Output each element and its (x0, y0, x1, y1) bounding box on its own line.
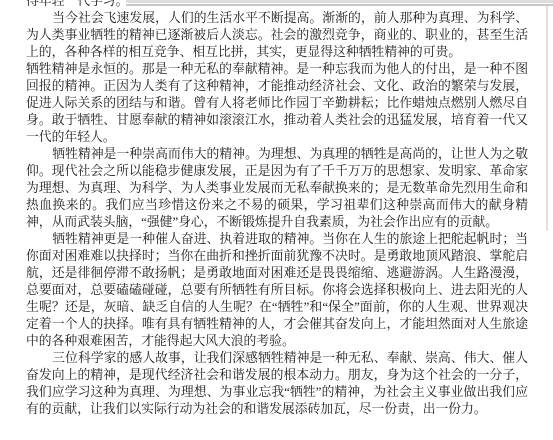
paragraph: 牺牲精神是永恒的。那是一种无私的奉献精神。是一种忘我而为他人的付出，是一种不图回… (26, 61, 528, 146)
paragraph: 牺牲精神是一种崇高而伟大的精神。为理想、为真理的牺牲是高尚的，让世人为之敬仰。现… (26, 146, 528, 231)
paragraph: 三位科学家的感人故事，让我们深感牺牲精神是一种无私、奉献、崇高、伟大、催人奋发向… (26, 350, 528, 418)
paragraph: 得年轻一代学习。 (26, 0, 528, 10)
document-body: 得年轻一代学习。 当今社会飞速发展，人们的生活水平不断提高。渐渐的，前人那种为真… (26, 0, 528, 418)
scan-right-edge-line (546, 6, 548, 231)
paragraph: 牺牲精神更是一种催人奋进、执着进取的精神。当你在人生的旅途上把舵起帆时；当你面对… (26, 231, 528, 350)
paragraph: 当今社会飞速发展，人们的生活水平不断提高。渐渐的，前人那种为真理、为科学、为人类… (26, 10, 528, 61)
